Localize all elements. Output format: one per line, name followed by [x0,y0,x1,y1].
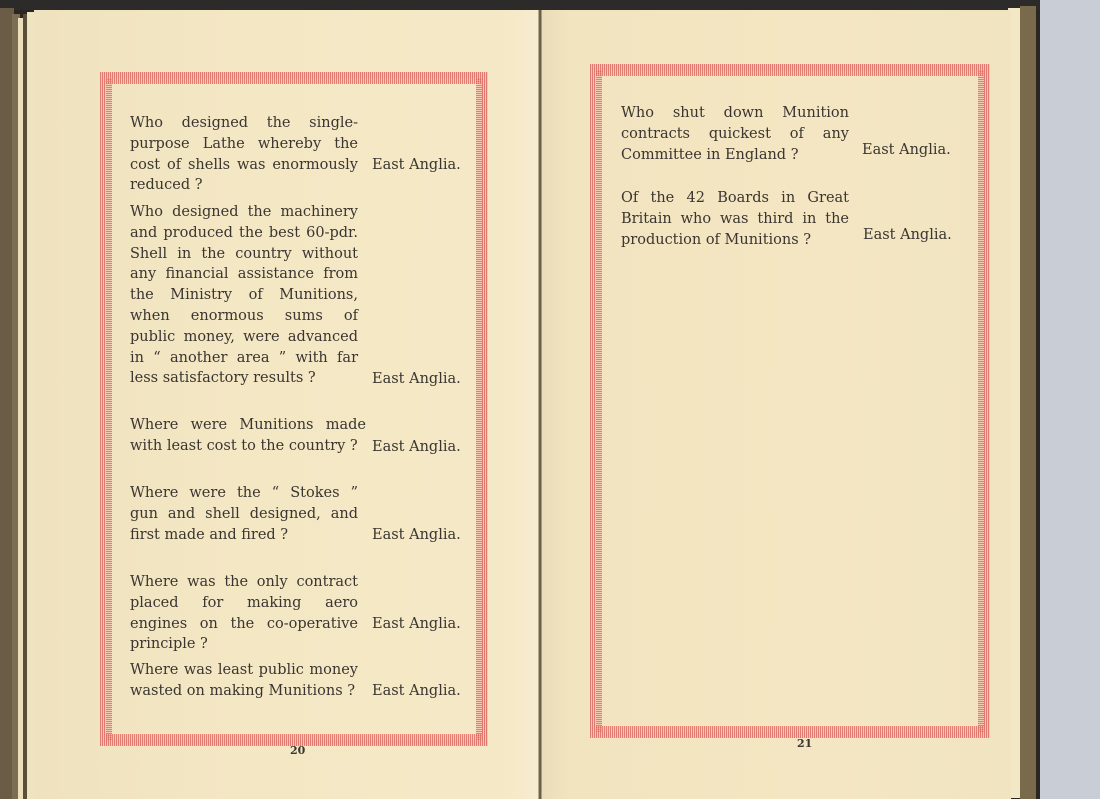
question-text: Who shut down Munition contracts quickes… [621,103,849,165]
answer-text: East Anglia. [372,614,461,635]
qa-entry: Of the 42 Boards in Great Britain who wa… [621,188,849,250]
qa-entry: Who designed the single-purpose Lathe wh… [130,113,358,196]
answer-text: East Anglia. [372,155,461,176]
background-right [1040,0,1100,799]
qa-entry: Where were the “ Stokes ” gun and shell … [130,483,358,545]
answer-text: East Anglia. [862,140,951,161]
page-number-right: 21 [797,737,812,750]
question-text: Who designed the single-purpose Lathe wh… [130,113,358,196]
answer-text: East Anglia. [372,681,461,702]
background-top [0,0,1100,10]
question-text: Where were Munitions made with least cos… [130,415,366,457]
qa-entry: Where were Munitions made with least cos… [130,415,366,457]
qa-entry: Where was the only contract placed for m… [130,572,358,655]
question-text: Where were the “ Stokes ” gun and shell … [130,483,358,545]
answer-text: East Anglia. [372,369,461,390]
answer-text: East Anglia. [372,525,461,546]
answer-text: East Anglia. [863,225,952,246]
qa-entry: Who designed the machinery and produced … [130,202,358,389]
answer-text: East Anglia. [372,437,461,458]
page-number-left: 20 [290,744,305,757]
book-gutter [538,10,542,799]
qa-entry: Where was least public money wasted on m… [130,660,358,702]
question-text: Of the 42 Boards in Great Britain who wa… [621,188,849,250]
book-cover-right-edge [1020,6,1036,799]
question-text: Who designed the machinery and produced … [130,202,358,389]
qa-entry: Who shut down Munition contracts quickes… [621,103,849,165]
question-text: Where was the only contract placed for m… [130,572,358,655]
question-text: Where was least public money wasted on m… [130,660,358,702]
